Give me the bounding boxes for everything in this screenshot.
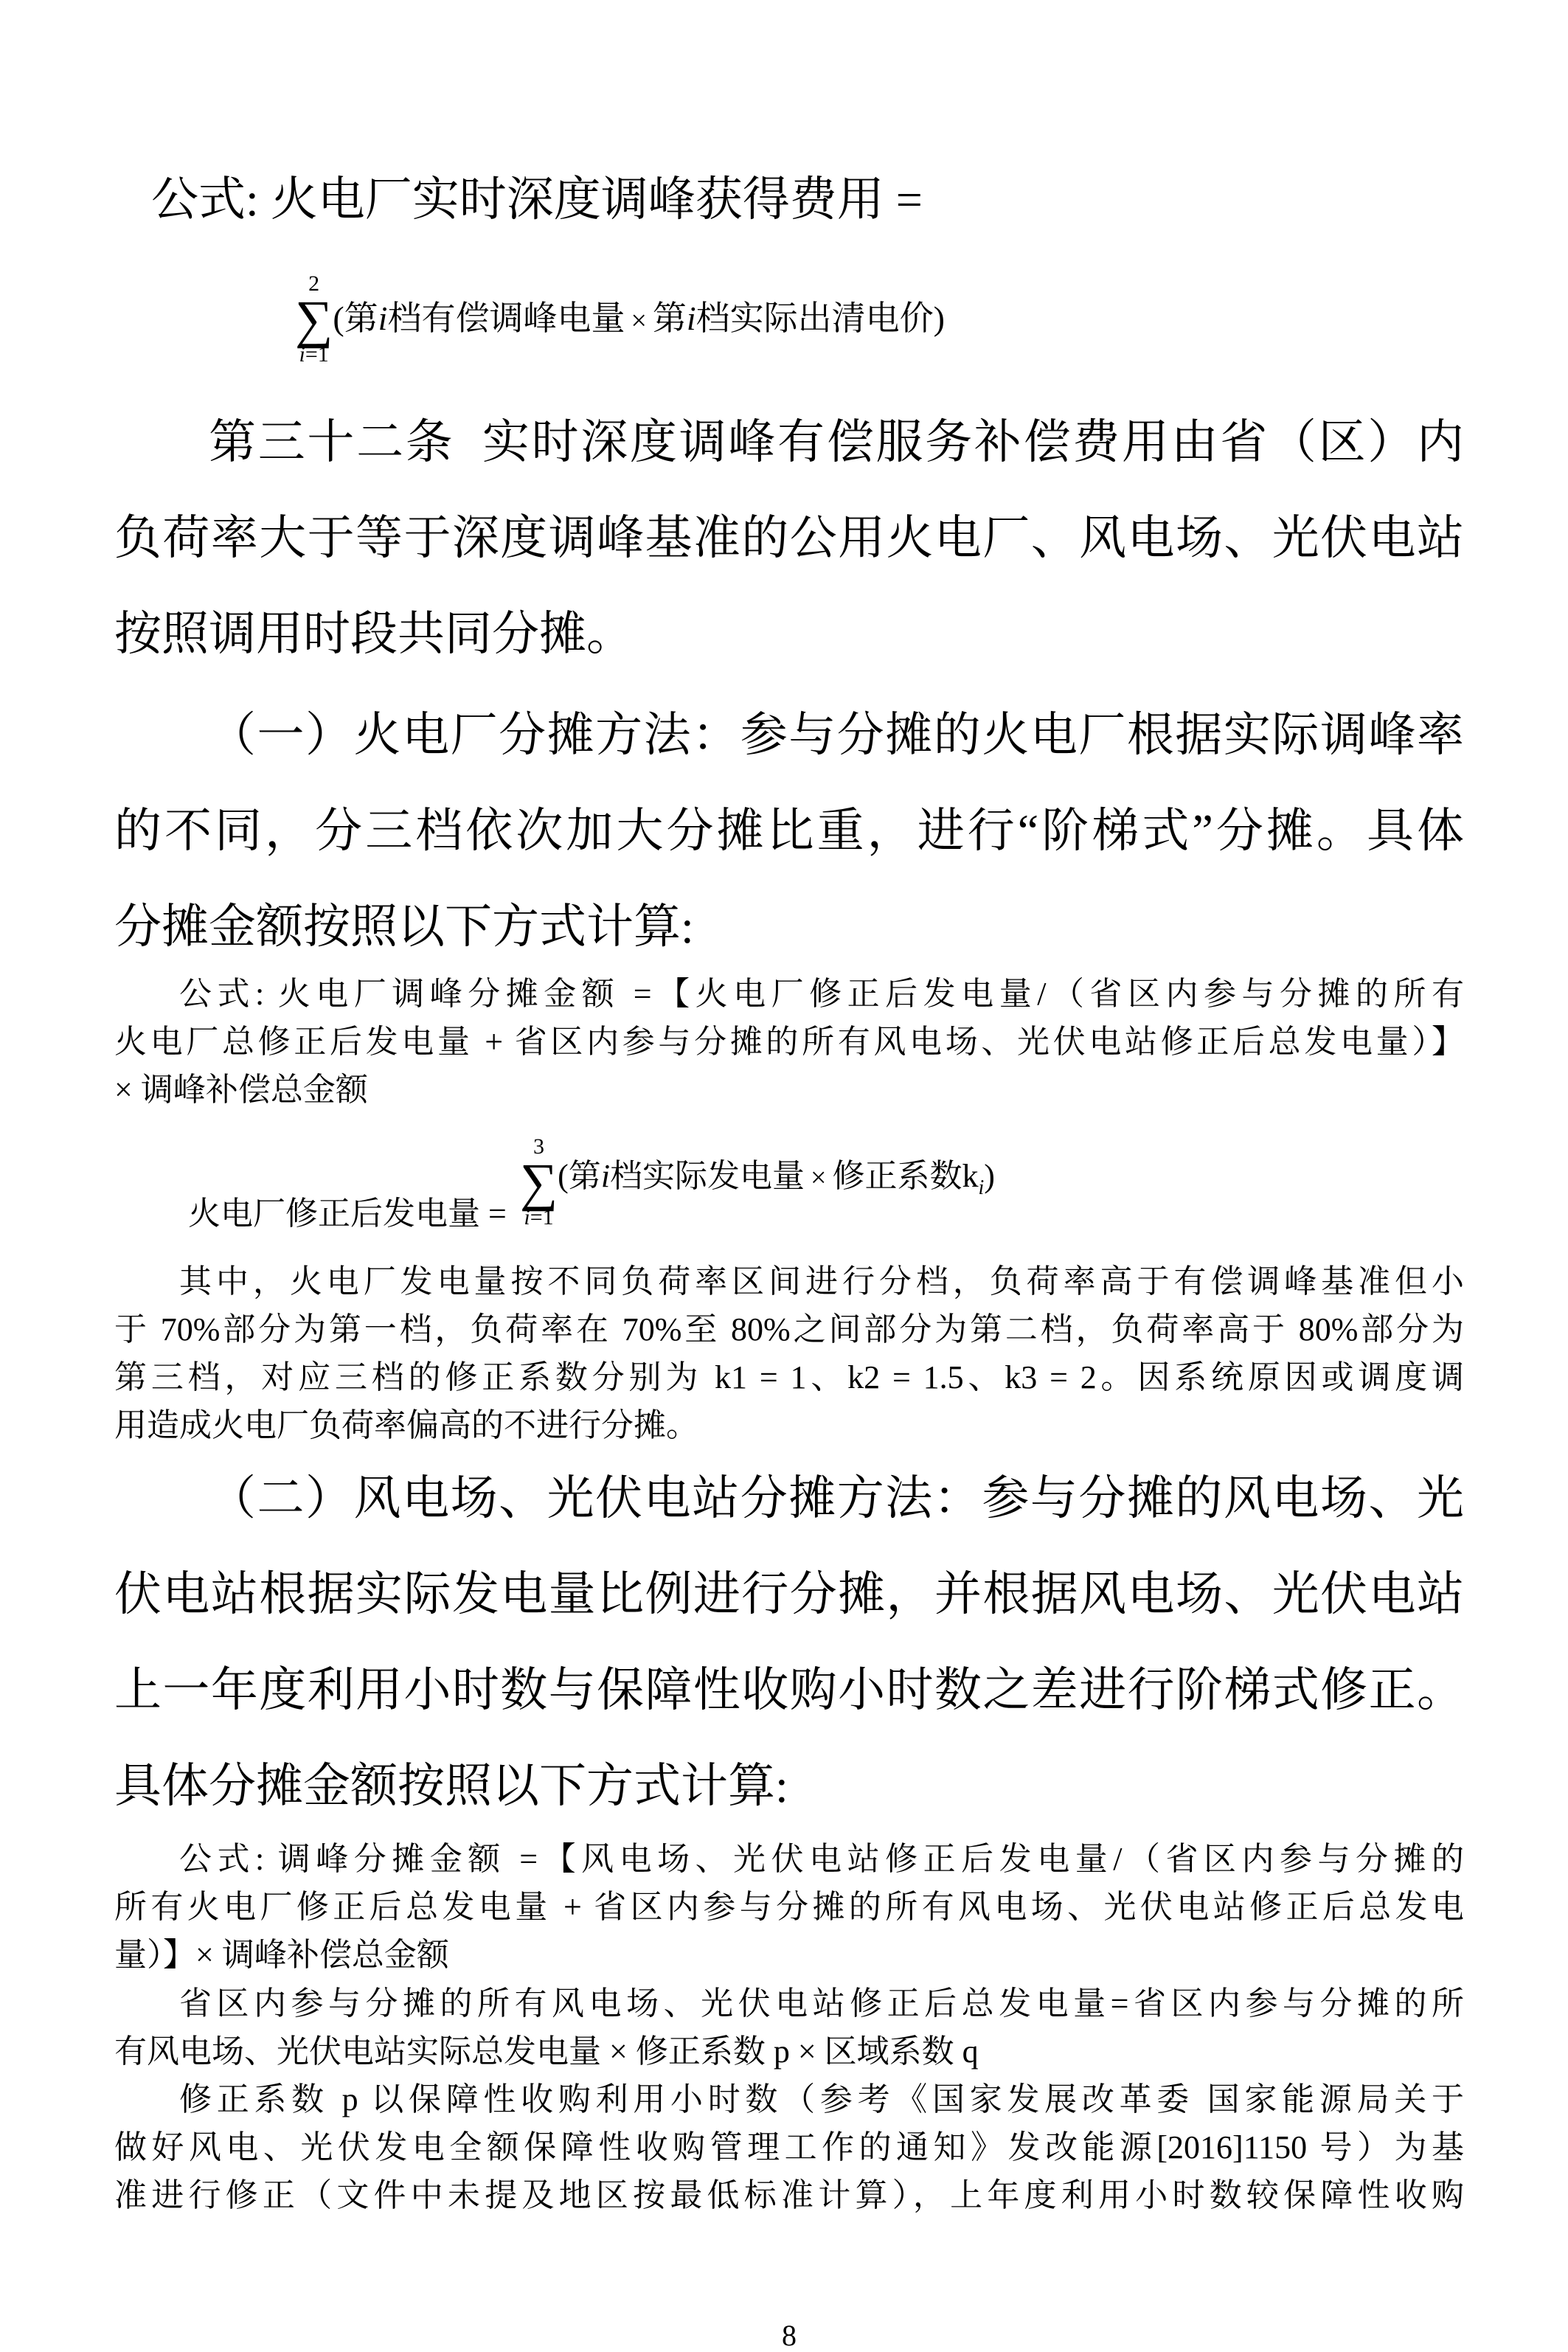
- text-line: 省区内参与分摊的所有风电场、光伏电站修正后总发电量=省区内参与分摊的所: [114, 1980, 1464, 2027]
- sum-index-variable: i: [524, 1205, 530, 1229]
- text-line: 用造成火电厂负荷率偏高的不进行分摊。: [114, 1401, 1464, 1449]
- formula-variable: i: [687, 299, 696, 337]
- summation-symbol: 3 ∑ i=1: [520, 1134, 558, 1230]
- paragraph-article-32: 第三十二条 实时深度调峰有偿服务补偿费用由省（区）内负荷率大于等于深度调峰基准的…: [114, 395, 1464, 682]
- formula-variable: i: [601, 1158, 610, 1194]
- formula-variable: i: [378, 299, 388, 337]
- paragraph-wind-solar-method: （二）风电场、光伏电站分摊方法：参与分摊的风电场、光伏电站根据实际发电量比例进行…: [114, 1451, 1464, 1834]
- text-line: （二）风电场、光伏电站分摊方法：参与分摊的风电场、光: [114, 1451, 1464, 1547]
- formula-text: (第: [333, 299, 378, 337]
- formula-text: 第: [653, 299, 687, 337]
- summation-symbol: 2 ∑ i=1: [295, 271, 333, 367]
- formula-text: 修正系数: [832, 1158, 962, 1194]
- coefficient-symbol: k: [962, 1158, 978, 1194]
- formula-text: 档有偿调峰电量: [387, 299, 625, 337]
- sum-lower-limit: i=1: [524, 1205, 553, 1230]
- text-line: 伏电站根据实际发电量比例进行分摊，并根据风电场、光伏电站: [114, 1547, 1464, 1642]
- sum-index-variable: i: [299, 342, 305, 367]
- text-line: 修正系数 p 以保障性收购利用小时数（参考《国家发展改革委 国家能源局关于: [114, 2075, 1464, 2123]
- paragraph-correction-coefficients: 其中，火电厂发电量按不同负荷率区间进行分档，负荷率高于有偿调峰基准但小于 70%…: [114, 1257, 1464, 1449]
- text-line: 公式: 调峰分摊金额 =【风电场、光伏电站修正后发电量/（省区内参与分摊的: [114, 1835, 1464, 1883]
- text-line: 准进行修正（文件中未提及地区按最低标准计算），上年度利用小时数较保障性收购: [114, 2171, 1464, 2219]
- paragraph-thermal-method: （一）火电厂分摊方法：参与分摊的火电厂根据实际调峰率的不同，分三档依次加大分摊比…: [114, 687, 1464, 975]
- text-line: 所有火电厂修正后总发电量 + 省区内参与分摊的所有风电场、光伏电站修正后总发电: [114, 1883, 1464, 1931]
- paragraph-thermal-share-formula: 公式: 火电厂调峰分摊金额 =【火电厂修正后发电量/（省区内参与分摊的所有火电厂…: [114, 970, 1464, 1114]
- text-line: 有风电场、光伏电站实际总发电量 × 修正系数 p × 区域系数 q: [114, 2027, 1464, 2075]
- formula-body: (第i档实际发电量×修正系数ki): [558, 1158, 995, 1207]
- text-line: 按照调用时段共同分摊。: [114, 586, 1464, 682]
- sum-index-value: =1: [530, 1205, 554, 1229]
- paragraph-peak-share-formula: 公式: 调峰分摊金额 =【风电场、光伏电站修正后发电量/（省区内参与分摊的所有火…: [114, 1835, 1464, 1979]
- text-line: 第三十二条 实时深度调峰有偿服务补偿费用由省（区）内: [114, 395, 1464, 490]
- text-line: × 调峰补偿总金额: [114, 1066, 1464, 1114]
- paragraph-correction-p: 修正系数 p 以保障性收购利用小时数（参考《国家发展改革委 国家能源局关于做好风…: [114, 2075, 1464, 2219]
- text-line: 公式: 火电厂实时深度调峰获得费用 =: [151, 174, 1405, 226]
- sigma-glyph: ∑: [295, 296, 333, 342]
- text-line: 量）】× 调峰补偿总金额: [114, 1931, 1464, 1979]
- text-line: 火电厂总修正后发电量 + 省区内参与分摊的所有风电场、光伏电站修正后总发电量）】: [114, 1018, 1464, 1066]
- text-line: 分摊金额按照以下方式计算:: [114, 879, 1464, 975]
- formula-realtime-deep-peak-fee: 2 ∑ i=1 (第i档有偿调峰电量×第i档实际出清电价): [295, 271, 945, 367]
- text-line: 上一年度利用小时数与保障性收购小时数之差进行阶梯式修正。: [114, 1642, 1464, 1738]
- sigma-glyph: ∑: [520, 1159, 558, 1205]
- formula-text: 档实际出清电价): [696, 299, 945, 337]
- formula-text: (第: [558, 1158, 601, 1194]
- multiply-sign: ×: [625, 305, 652, 336]
- text-line: 的不同，分三档依次加大分摊比重，进行“阶梯式”分摊。具体: [114, 783, 1464, 879]
- sum-lower-limit: i=1: [299, 342, 329, 367]
- text-line: （一）火电厂分摊方法：参与分摊的火电厂根据实际调峰率: [114, 687, 1464, 783]
- text-line: 其中，火电厂发电量按不同负荷率区间进行分档，负荷率高于有偿调峰基准但小: [114, 1257, 1464, 1305]
- text-line: 于 70%部分为第一档，负荷率在 70%至 80%之间部分为第二档，负荷率高于 …: [114, 1305, 1464, 1353]
- formula-label: 火电厂修正后发电量 =: [188, 1196, 507, 1232]
- formula-text: ): [984, 1158, 995, 1194]
- multiply-sign: ×: [805, 1162, 832, 1193]
- page-number: 8: [114, 2320, 1464, 2352]
- formula-text: 档实际发电量: [610, 1158, 805, 1194]
- document-page: 公式: 火电厂实时深度调峰获得费用 = 2 ∑ i=1 (第i档有偿调峰电量×第…: [0, 0, 1568, 2352]
- text-line: 第三档，对应三档的修正系数分别为 k1 = 1、k2 = 1.5、k3 = 2。…: [114, 1353, 1464, 1401]
- paragraph-wind-solar-total: 省区内参与分摊的所有风电场、光伏电站修正后总发电量=省区内参与分摊的所有风电场、…: [114, 1980, 1464, 2075]
- text-line: 做好风电、光伏发电全额保障性收购管理工作的通知》发改能源[2016]1150 号…: [114, 2123, 1464, 2171]
- formula-thermal-corrected-output: 火电厂修正后发电量 = 3 ∑ i=1 (第i档实际发电量×修正系数ki): [114, 1134, 995, 1230]
- text-line: 具体分摊金额按照以下方式计算:: [114, 1738, 1464, 1834]
- text-line: 公式: 火电厂调峰分摊金额 =【火电厂修正后发电量/（省区内参与分摊的所有: [114, 970, 1464, 1018]
- text-line: 负荷率大于等于深度调峰基准的公用火电厂、风电场、光伏电站: [114, 490, 1464, 586]
- paragraph-formula-intro: 公式: 火电厂实时深度调峰获得费用 =: [151, 174, 1405, 226]
- sum-index-value: =1: [305, 342, 329, 367]
- formula-body: (第i档有偿调峰电量×第i档实际出清电价): [333, 299, 945, 340]
